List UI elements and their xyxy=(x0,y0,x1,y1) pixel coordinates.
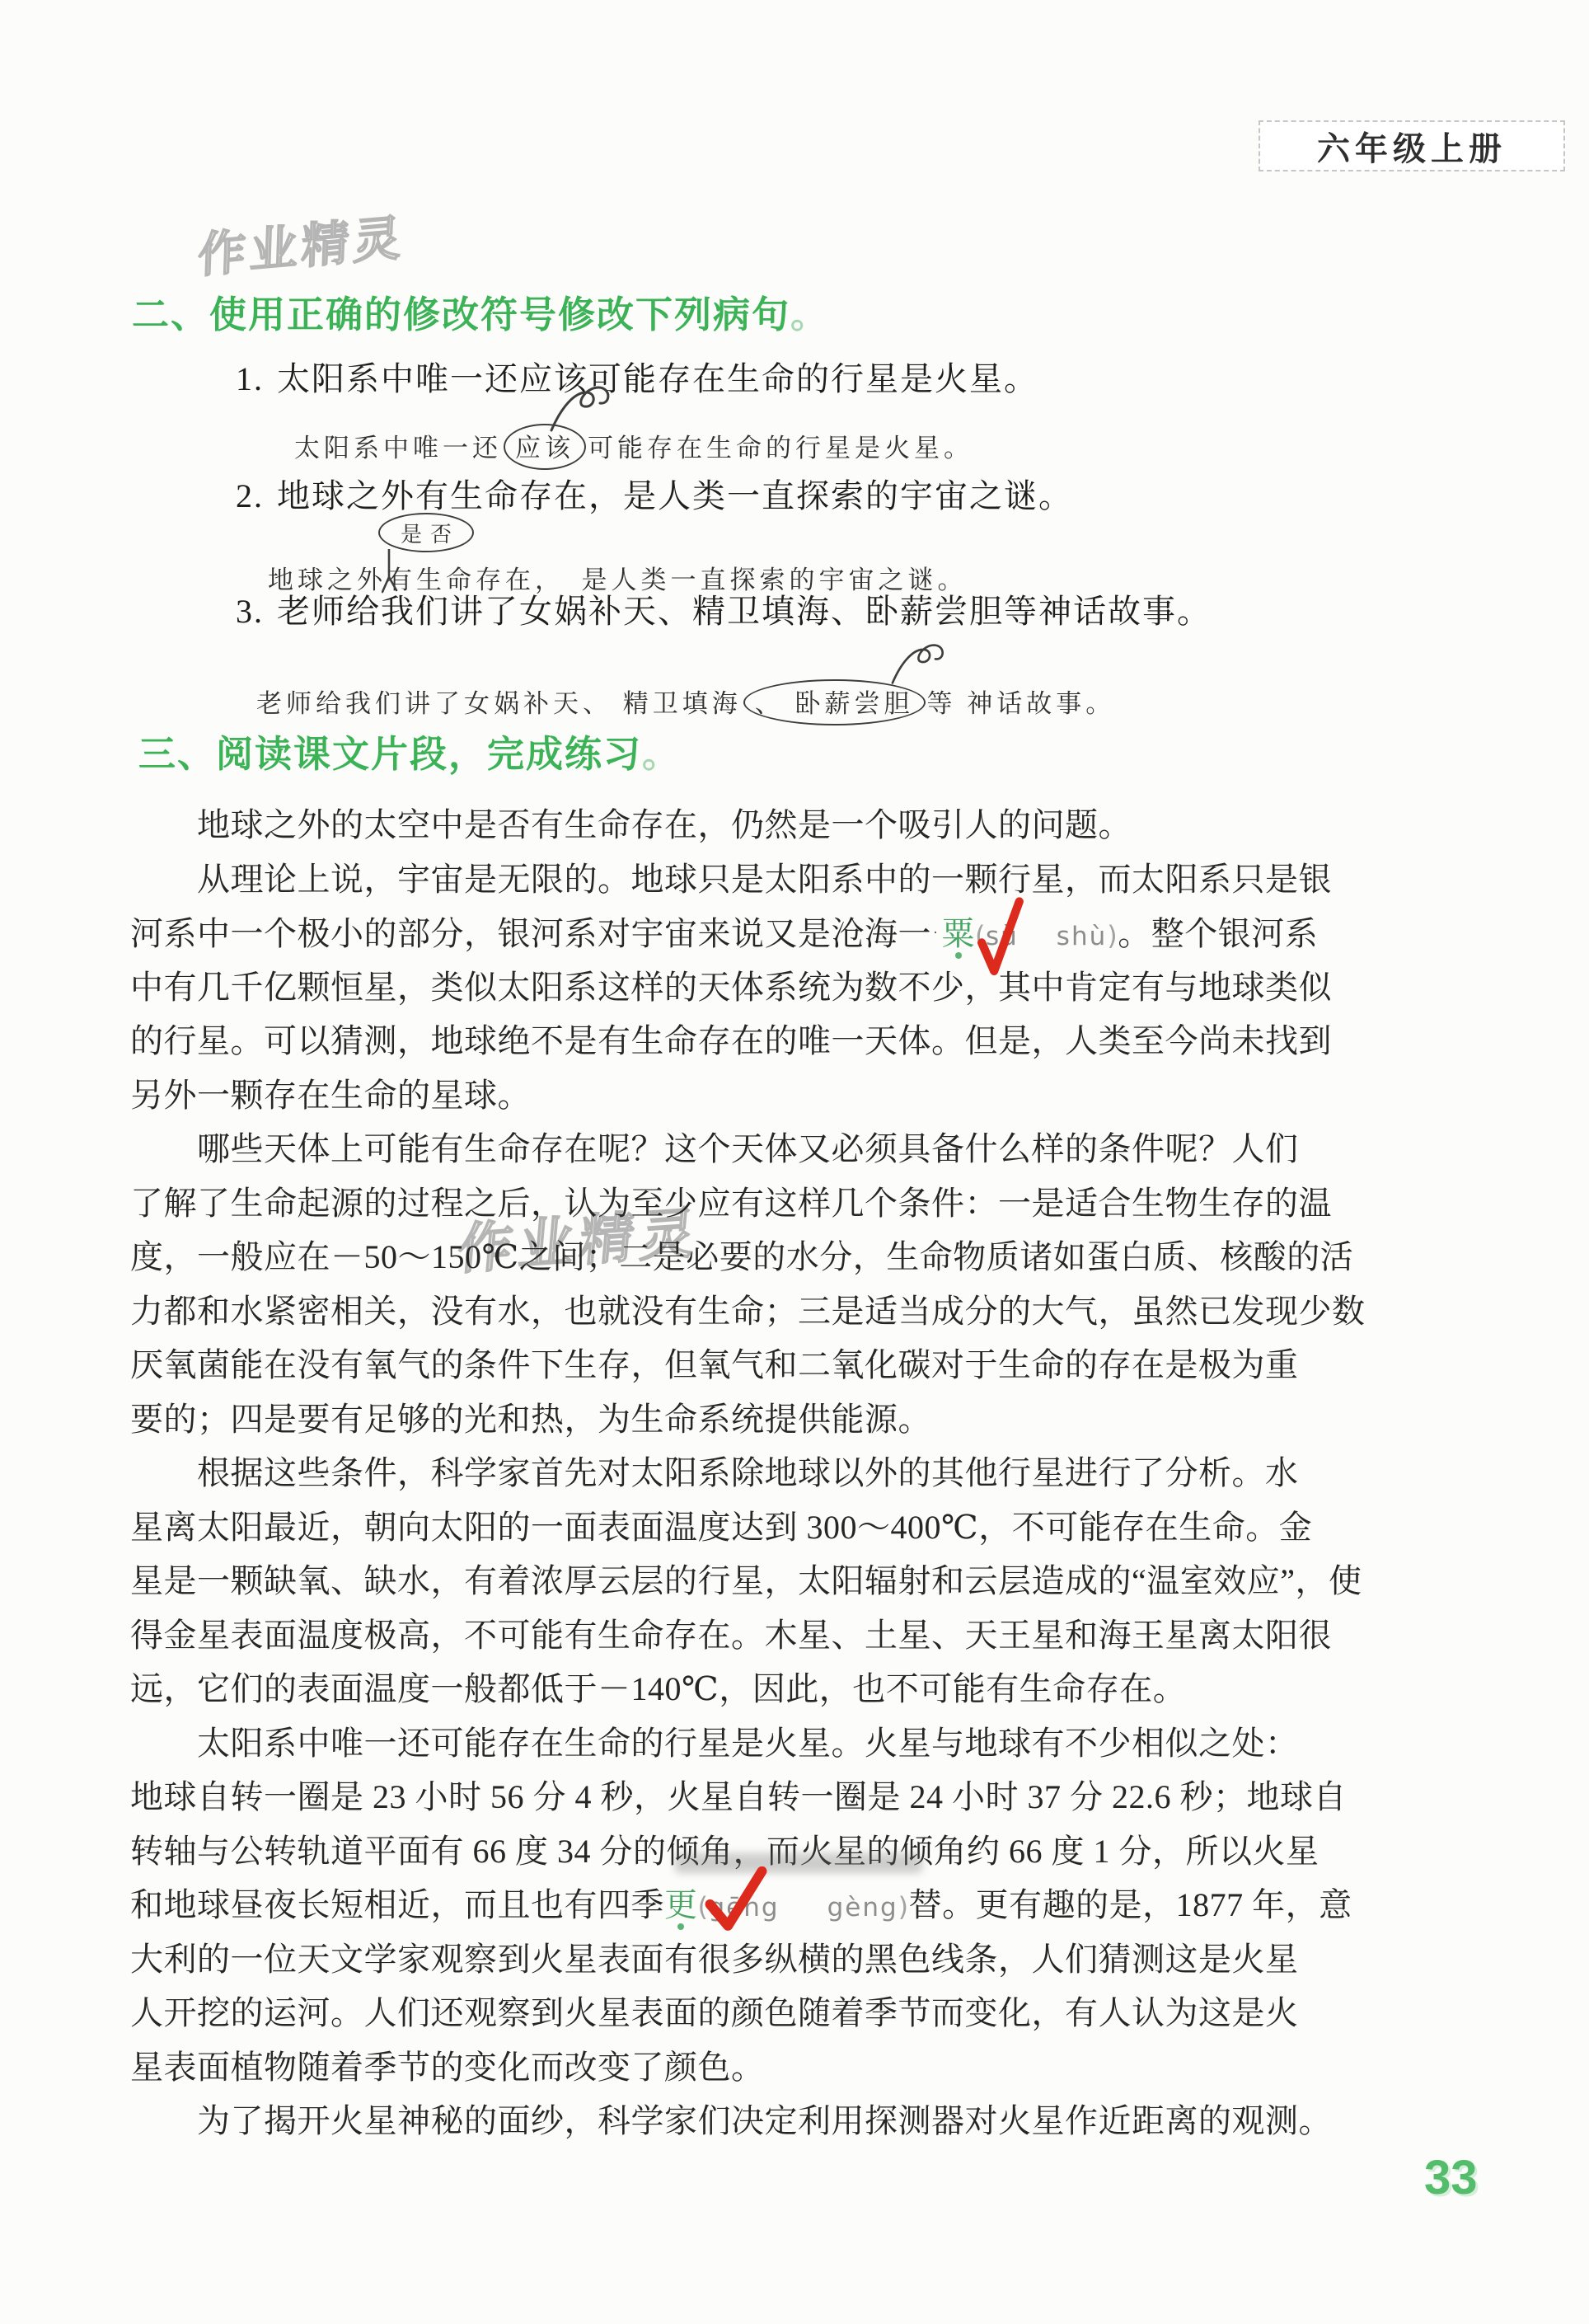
annotated-char-su: 粟 xyxy=(942,915,976,952)
passage-line: 太阳系中唯一还可能存在生命的行星是火星。火星与地球有不少相似之处： xyxy=(130,1716,1490,1771)
watermark-text: 作业精灵 xyxy=(197,199,406,287)
pinyin-option-geng1: gēng xyxy=(708,1881,779,1936)
deleted-word: 、 卧薪尝胆 xyxy=(755,689,914,718)
passage-line: 为了揭开火星神秘的面纱，科学家们决定利用探测器对火星作近距离的观测。 xyxy=(130,2094,1490,2148)
passage-line: 度，一般应在－50～150℃之间；二是必要的水分，生命物质诸如蛋白质、核酸的活 xyxy=(130,1230,1490,1284)
correction-answer-1: 太阳系中唯一还应该 可能存在生命的行星是火星。 xyxy=(294,424,973,470)
pinyin-option-shu4: shù xyxy=(1057,922,1107,951)
passage-line: 人开挖的运河。人们还观察到火星表面的颜色随着季节而变化，有人认为这是火 xyxy=(130,1986,1490,2040)
emphasis-dot xyxy=(955,952,962,959)
stray-dot: · xyxy=(933,924,939,941)
emphasis-dot xyxy=(677,1923,684,1930)
annotated-char-geng: 更 xyxy=(664,1886,698,1923)
passage-line: 中有几千亿颗恒星，类似太阳系这样的天体系统为数不少，其中肯定有与地球类似 xyxy=(130,960,1490,1015)
deletion-squiggle-icon xyxy=(548,378,637,434)
book-header-box: 六年级上册 xyxy=(1259,120,1565,171)
deletion-circle: 、 卧薪尝胆 xyxy=(743,679,926,725)
open-paren: ( xyxy=(698,1891,709,1923)
item-number: 3. xyxy=(236,593,264,630)
passage-line: 星表面植物随着季节的变化而改变了颜色。 xyxy=(130,2040,1490,2095)
pinyin-option-geng4: gèng xyxy=(827,1893,898,1923)
passage-line: 另外一颗存在生命的星球。 xyxy=(130,1068,1490,1123)
item-number: 1. xyxy=(236,360,264,397)
section2-heading: 二、使用正确的修改符号修改下列病句。 xyxy=(132,284,829,338)
passage-line: 得金星表面温度极高，不可能有生命存在。木星、土星、天王星和海王星离太阳很 xyxy=(130,1608,1490,1663)
close-paren: ) xyxy=(1107,920,1118,951)
item-text: 太阳系中唯一还应该可能存在生命的行星是火星。 xyxy=(277,360,1038,397)
open-paren: ( xyxy=(975,920,986,951)
deletion-squiggle-icon xyxy=(889,636,968,686)
deletion-circle: 应该 xyxy=(504,424,586,470)
passage-line: 了解了生命起源的过程之后，认为至少应有这样几个条件：一是适合生物生存的温 xyxy=(130,1176,1490,1231)
exercise-item-3: 3.老师给我们讲了女娲补天、精卫填海、卧薪尝胆等神话故事。 xyxy=(236,585,1212,632)
section3-heading: 三、阅读课文片段，完成练习。 xyxy=(138,724,681,777)
deleted-word: 应该 xyxy=(515,434,574,462)
pinyin-option-su4: sù xyxy=(986,910,1019,965)
answer-text: 可能存在生命的行星是火星。 xyxy=(588,434,973,462)
passage-line: 的行星。可以猜测，地球绝不是有生命存在的唯一天体。但是，人类至今尚未找到 xyxy=(130,1014,1490,1068)
passage-line: 地球自转一圈是 23 小时 56 分 4 秒，火星自转一圈是 24 小时 37 … xyxy=(130,1770,1490,1824)
reading-passage: 地球之外的太空中是否有生命存在，仍然是一个吸引人的问题。 从理论上说，宇宙是无限… xyxy=(130,798,1490,2148)
page-number: 33 xyxy=(1424,2150,1478,2205)
passage-line: 根据这些条件，科学家首先对太阳系除地球以外的其他行星进行了分析。水 xyxy=(130,1446,1490,1500)
workbook-page: 六年级上册 作业精灵 作业精灵 二、使用正确的修改符号修改下列病句。 1.太阳系… xyxy=(0,0,1589,2324)
answer-text: 太阳系中唯一还 xyxy=(294,434,502,462)
section3-heading-period: 。 xyxy=(642,733,681,775)
section2-heading-period: 。 xyxy=(790,293,829,336)
section3-heading-text: 三、阅读课文片段，完成练习 xyxy=(138,733,642,775)
close-paren: ) xyxy=(898,1891,909,1923)
item-number: 2. xyxy=(236,477,264,514)
book-header-label: 六年级上册 xyxy=(1317,123,1507,170)
passage-line: 从理论上说，宇宙是无限的。地球只是太阳系中的一颗行星，而太阳系只是银 xyxy=(130,852,1490,907)
exercise-item-2: 2.地球之外有生命存在，是人类一直探索的宇宙之谜。 xyxy=(236,470,1073,517)
passage-line: 厌氧菌能在没有氧气的条件下生存，但氧气和二氧化碳对于生命的存在是极为重 xyxy=(130,1338,1490,1392)
exercise-item-1: 1.太阳系中唯一还应该可能存在生命的行星是火星。 xyxy=(236,353,1038,400)
passage-line: 力都和水紧密相关，没有水，也就没有生命；三是适当成分的大气，虽然已发现少数 xyxy=(130,1284,1490,1339)
erased-smudge xyxy=(675,1853,922,1873)
item-text: 地球之外有生命存在，是人类一直探索的宇宙之谜。 xyxy=(277,477,1073,514)
passage-line: 要的；四是要有足够的光和热，为生命系统提供能源。 xyxy=(130,1392,1490,1447)
correction-answer-3: 老师给我们讲了女娲补天、 精卫填海、 卧薪尝胆 等 神话故事。 xyxy=(256,679,1115,725)
answer-text: 等 神话故事。 xyxy=(927,689,1116,718)
passage-line: 星是一颗缺氧、缺水，有着浓厚云层的行星，太阳辐射和云层造成的“温室效应”，使 xyxy=(130,1554,1490,1608)
passage-line: 和地球昼夜长短相近，而且也有四季更(gēnggèng)替。更有趣的是，1877 … xyxy=(130,1878,1490,1932)
answer-text: 老师给我们讲了女娲补天、 精卫填海 xyxy=(256,689,742,718)
item-text: 老师给我们讲了女娲补天、精卫填海、卧薪尝胆等神话故事。 xyxy=(277,593,1212,630)
passage-line: 河系中一个极小的部分，银河系对宇宙来说又是沧海一·粟(sùshù)。整个银河系 xyxy=(130,906,1490,960)
section2-heading-text: 二、使用正确的修改符号修改下列病句 xyxy=(132,293,790,336)
passage-line: 哪些天体上可能有生命存在呢？这个天体又必须具备什么样的条件呢？人们 xyxy=(130,1122,1490,1176)
passage-line: 星离太阳最近，朝向太阳的一面表面温度达到 300～400℃，不可能存在生命。金 xyxy=(130,1500,1490,1555)
passage-line: 远，它们的表面温度一般都低于－140℃，因此，也不可能有生命存在。 xyxy=(130,1662,1490,1716)
passage-line: 大利的一位天文学家观察到火星表面有很多纵横的黑色线条，人们猜测这是火星 xyxy=(130,1932,1490,1987)
passage-line: 地球之外的太空中是否有生命存在，仍然是一个吸引人的问题。 xyxy=(130,798,1490,852)
inserted-word-oval: 是否 xyxy=(378,513,474,552)
